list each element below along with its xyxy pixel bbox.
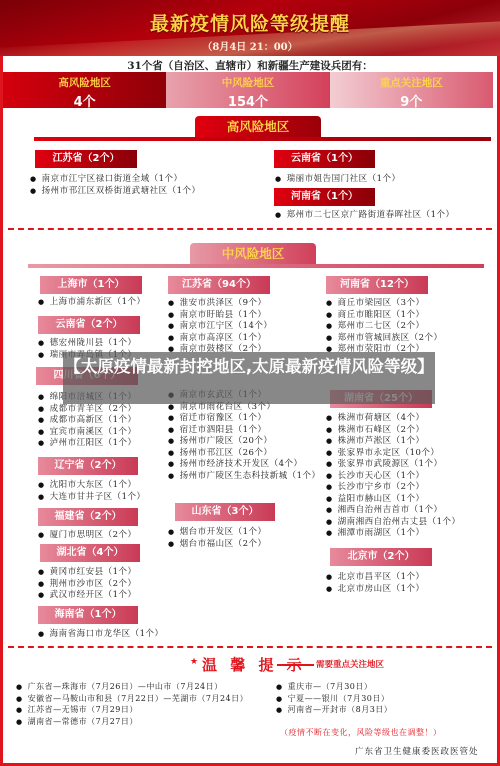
list-item: 宜宾市南溪区（1个）	[38, 427, 137, 439]
province-label: 北京市（2个）	[330, 548, 432, 566]
province-label: 云南省（1个）	[274, 150, 375, 168]
list-item: 扬州市广陵区（20个）	[168, 436, 321, 448]
list-item: 重庆市—（7月30日）	[276, 681, 392, 693]
province-label: 湖北省（4个）	[40, 544, 140, 562]
list-item: 扬州市广陵区生态科技新城（1个）	[168, 471, 321, 483]
list-item: 上海市浦东新区（1个）	[38, 297, 146, 309]
list-item: 厦门市思明区（2个）	[38, 530, 137, 542]
list-item: 荆州市沙市区（2个）	[38, 579, 137, 591]
list-item: 北京市房山区（1个）	[326, 584, 425, 596]
section-divider	[34, 137, 491, 141]
province-label: 江苏省（2个）	[35, 150, 137, 168]
province-label: 河南省（1个）	[274, 188, 375, 206]
province-label: 河南省（12个）	[326, 276, 428, 294]
mid-risk-heading: 中风险地区	[190, 243, 316, 265]
tips-list-left: 广东省—珠海市（7月26日）—中山市（7月24日） 安徽省—马鞍山市和县（7月2…	[16, 681, 248, 727]
list-item: 益阳市赫山区（1个）	[326, 494, 461, 506]
caption-text: 【太原疫情最新封控地区,太原最新疫情风险等级】	[63, 355, 435, 378]
list-item: 郑州市二七区（2个）	[326, 321, 443, 333]
list-item: 烟台市开发区（1个）	[168, 527, 267, 539]
high-risk-heading: 高风险地区	[195, 116, 321, 138]
page-title: 最新疫情风险等级提醒	[0, 9, 500, 36]
list-item: 安徽省—马鞍山市和县（7月22日）—芜湖市（7月24日）	[16, 693, 248, 705]
list-item: 株洲市石峰区（2个）	[326, 425, 461, 437]
list-item: 扬州市经济技术开发区（4个）	[168, 459, 321, 471]
province-label: 福建省（2个）	[38, 508, 138, 526]
province-label: 辽宁省（2个）	[38, 457, 138, 475]
list-item: 武汉市经开区（1个）	[38, 590, 137, 602]
summary-bar: 高风险地区 4个 中风险地区 154个 重点关注地区 9个	[3, 72, 493, 108]
focus-area-count: 9个	[330, 91, 493, 110]
area-list: 株洲市荷塘区（4个） 株洲市石峰区（2个） 株洲市芦淞区（1个） 张家界市永定区…	[326, 413, 461, 540]
list-item: 成都市高新区（1个）	[38, 415, 137, 427]
high-risk-count: 4个	[3, 91, 166, 110]
tips-list-right: 重庆市—（7月30日） 宁夏——银川（7月30日） 河南省—开封市（8月3日）	[276, 681, 392, 716]
list-item: 南京市高淳区（1个）	[168, 333, 321, 345]
tips-subtitle: 需要重点关注地区	[316, 658, 384, 670]
list-item: 商丘市睢阳区（1个）	[326, 310, 443, 322]
update-time: （8月4日 21：00）	[0, 38, 500, 53]
list-item: 湘潭市雨湖区（1个）	[326, 528, 461, 540]
header-banner: 最新疫情风险等级提醒 （8月4日 21：00）	[0, 0, 500, 56]
list-item: 大连市甘井子区（1个）	[38, 492, 146, 504]
area-list: 黄冈市红安县（1个） 荆州市沙市区（2个） 武汉市经开区（1个）	[38, 567, 137, 602]
area-list: 厦门市思明区（2个）	[38, 530, 137, 542]
summary-subtitle: 31个省（自治区、直辖市）和新疆生产建设兵团有：	[0, 58, 500, 73]
list-item: 江苏省—无锡市（7月29日）	[16, 704, 248, 716]
list-item: 张家界市武陵源区（1个）	[326, 459, 461, 471]
list-item: 南京市江宁区（14个）	[168, 321, 321, 333]
area-list: 上海市浦东新区（1个）	[38, 297, 146, 309]
list-item: 宁夏——银川（7月30日）	[276, 693, 392, 705]
area-list: 南京市江宁区禄口街道全域（1个） 扬州市邗江区双桥街道武塘社区（1个）	[30, 174, 201, 197]
list-item: 扬州市邗江区（26个）	[168, 448, 321, 460]
list-item: 北京市昌平区（1个）	[326, 572, 425, 584]
list-item: 张家界市永定区（10个）	[326, 448, 461, 460]
list-item: 南京市盱眙县（1个）	[168, 310, 321, 322]
list-item: 河南省—开封市（8月3日）	[276, 704, 392, 716]
list-item: 黄冈市红安县（1个）	[38, 567, 137, 579]
list-item: 湖南湘西自治州古丈县（1个）	[326, 517, 461, 529]
province-label: 江苏省（94个）	[168, 276, 270, 294]
area-list: 郑州市二七区京广路街道春晖社区（1个）	[275, 210, 455, 222]
mid-risk-count: 154个	[166, 91, 329, 110]
dashed-divider	[8, 646, 492, 648]
star-icon: ★	[190, 657, 198, 667]
list-item: 长沙市天心区（1个）	[326, 471, 461, 483]
list-item: 郑州市管城回族区（2个）	[326, 333, 443, 345]
list-item: 南京市江宁区禄口街道全域（1个）	[30, 174, 201, 186]
list-item: 商丘市梁园区（3个）	[326, 298, 443, 310]
province-label: 云南省（2个）	[38, 316, 140, 334]
section-divider	[28, 264, 484, 268]
dashed-divider	[8, 228, 492, 230]
summary-focus-areas: 重点关注地区 9个	[330, 72, 493, 108]
province-label: 海南省（1个）	[38, 606, 138, 624]
area-list: 海南省海口市龙华区（1个）	[38, 629, 164, 641]
list-item: 郑州市二七区京广路街道春晖社区（1个）	[275, 210, 455, 222]
list-item: 宿迁市宿豫区（1个）	[168, 413, 321, 425]
list-item: 广东省—珠海市（7月26日）—中山市（7月24日）	[16, 681, 248, 693]
list-item: 泸州市江阳区（1个）	[38, 438, 137, 450]
list-item: 烟台市福山区（2个）	[168, 539, 267, 551]
summary-high-risk: 高风险地区 4个	[3, 72, 166, 108]
list-item: 长沙市宁乡市（2个）	[326, 482, 461, 494]
area-list: 北京市昌平区（1个） 北京市房山区（1个）	[326, 572, 425, 595]
list-item: 海南省海口市龙华区（1个）	[38, 629, 164, 641]
province-label: 上海市（1个）	[40, 276, 142, 294]
list-item: 成都市青羊区（2个）	[38, 404, 137, 416]
list-item: 湘西自治州吉首市（1个）	[326, 505, 461, 517]
summary-mid-risk: 中风险地区 154个	[166, 72, 329, 108]
area-list: 烟台市开发区（1个） 烟台市福山区（2个）	[168, 527, 267, 550]
list-item: 沈阳市大东区（1个）	[38, 480, 146, 492]
tips-dash	[277, 664, 314, 666]
list-item: 扬州市邗江区双桥街道武塘社区（1个）	[30, 186, 201, 198]
change-note: （疫情不断在变化，风险等级也在调整！）	[280, 727, 442, 738]
source-credit: 广东省卫生健康委医政医管处	[355, 745, 479, 757]
list-item: 株洲市荷塘区（4个）	[326, 413, 461, 425]
province-label: 山东省（3个）	[175, 503, 275, 521]
list-item: 株洲市芦淞区（1个）	[326, 436, 461, 448]
list-item: 瑞丽市姐告国门社区（1个）	[275, 174, 401, 186]
list-item: 德宏州陇川县（1个）	[38, 338, 137, 350]
area-list: 沈阳市大东区（1个） 大连市甘井子区（1个）	[38, 480, 146, 503]
area-list: 瑞丽市姐告国门社区（1个）	[275, 174, 401, 186]
list-item: 淮安市洪泽区（9个）	[168, 298, 321, 310]
list-item: 宿迁市泗阳县（1个）	[168, 425, 321, 437]
list-item: 湖南省—常德市（7月27日）	[16, 716, 248, 728]
